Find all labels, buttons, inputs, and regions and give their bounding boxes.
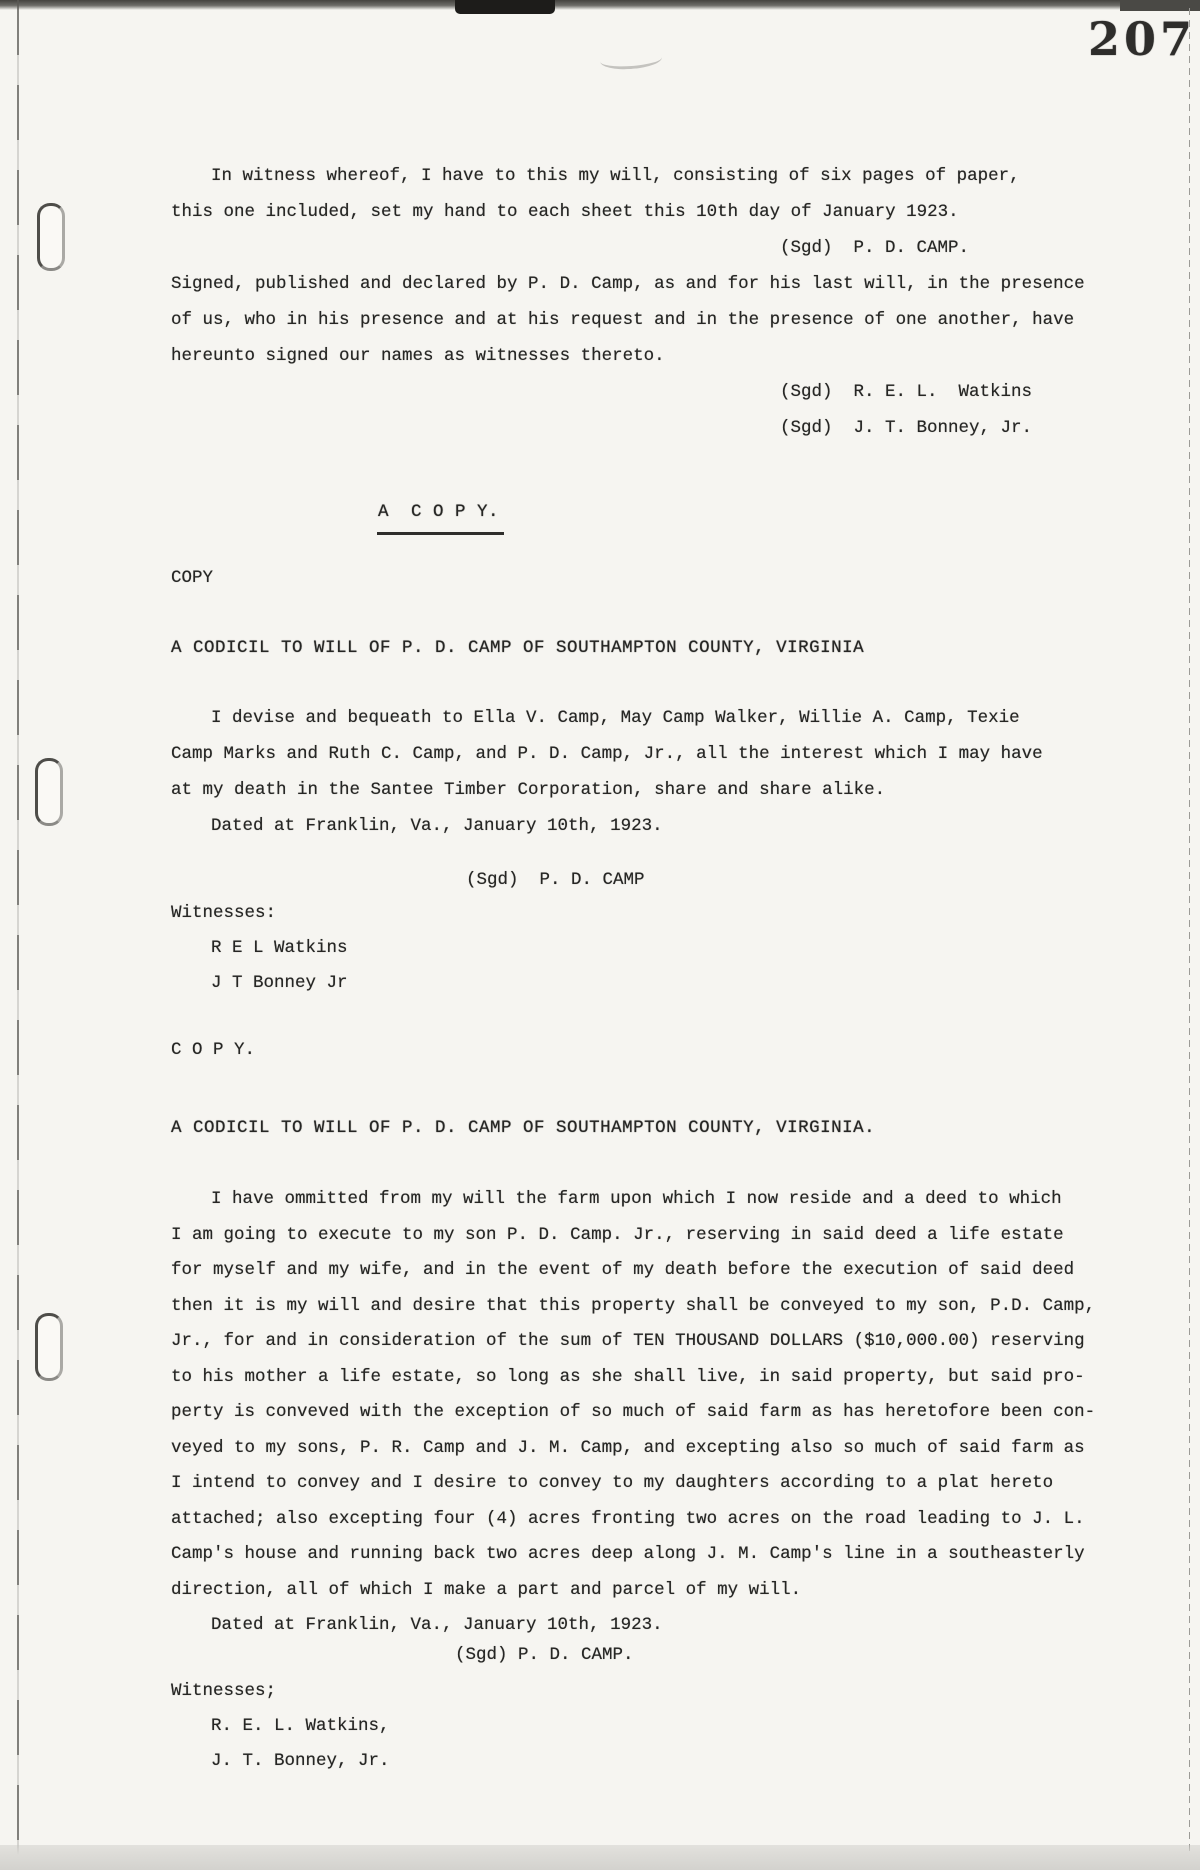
codicil1-signature: (Sgd) P. D. CAMP: [466, 862, 645, 898]
scan-smudge: [599, 48, 662, 71]
scan-top-right-ink: [1120, 0, 1200, 11]
codicil2-line: attached; also excepting four (4) acres …: [171, 1502, 1151, 1538]
a-copy-heading: A C O P Y.: [377, 494, 504, 535]
codicil2-line: direction, all of which I make a part an…: [171, 1573, 1151, 1609]
testator-signature: (Sgd) P. D. CAMP.: [171, 230, 1151, 266]
binding-hole-middle: [35, 758, 63, 826]
codicil1-line: I devise and bequeath to Ella V. Camp, M…: [171, 700, 1151, 736]
witnesses-label: Witnesses;: [171, 1674, 1151, 1709]
attestation-line: hereunto signed our names as witnesses t…: [171, 338, 1151, 374]
codicil2-line: perty is conveved with the exception of …: [171, 1395, 1151, 1431]
codicil2-dateline: Dated at Franklin, Va., January 10th, 19…: [171, 1608, 1151, 1644]
witness-name: R E L Watkins: [211, 931, 1151, 966]
attestation-line: Signed, published and declared by P. D. …: [171, 266, 1151, 302]
codicil2-heading-text: A CODICIL TO WILL OF P. D. CAMP OF SOUTH…: [171, 1110, 1151, 1146]
codicil2-heading: A CODICIL TO WILL OF P. D. CAMP OF SOUTH…: [171, 1110, 1151, 1146]
witness-signature: (Sgd) J. T. Bonney, Jr.: [171, 410, 1151, 446]
codicil2-line: for myself and my wife, and in the event…: [171, 1253, 1151, 1289]
codicil1-witnesses: Witnesses: R E L Watkins J T Bonney Jr: [171, 896, 1151, 1001]
witness-name: J. T. Bonney, Jr.: [211, 1744, 1151, 1779]
copy2-label: C O P Y.: [171, 1032, 1151, 1068]
witnesses-label: Witnesses:: [171, 896, 1151, 931]
codicil2-line: Jr., for and in consideration of the sum…: [171, 1324, 1151, 1360]
codicil2-body: I have ommitted from my will the farm up…: [171, 1182, 1151, 1644]
witness-signature: (Sgd) R. E. L. Watkins: [171, 374, 1151, 410]
will-attestation-section: In witness whereof, I have to this my wi…: [171, 158, 1151, 446]
attestation-line: In witness whereof, I have to this my wi…: [171, 158, 1151, 194]
attestation-line: this one included, set my hand to each s…: [171, 194, 1151, 230]
scan-bottom-edge: [0, 1845, 1200, 1870]
attestation-line: of us, who in his presence and at his re…: [171, 302, 1151, 338]
codicil1-dateline: Dated at Franklin, Va., January 10th, 19…: [171, 808, 1151, 844]
copy-label-text: COPY: [171, 560, 1151, 596]
scan-top-edge: [0, 0, 1200, 10]
scan-top-ink-blob: [455, 0, 555, 14]
codicil2-line: I have ommitted from my will the farm up…: [171, 1182, 1151, 1218]
codicil1-line: Camp Marks and Ruth C. Camp, and P. D. C…: [171, 736, 1151, 772]
page-number: 207: [1088, 12, 1196, 66]
witness-name: J T Bonney Jr: [211, 966, 1151, 1001]
codicil2-signature: (Sgd) P. D. CAMP.: [455, 1637, 634, 1673]
codicil1-heading: A CODICIL TO WILL OF P. D. CAMP OF SOUTH…: [171, 630, 1151, 666]
codicil1-signature-text: (Sgd) P. D. CAMP: [466, 862, 645, 898]
codicil1-heading-text: A CODICIL TO WILL OF P. D. CAMP OF SOUTH…: [171, 630, 1151, 666]
codicil2-line: to his mother a life estate, so long as …: [171, 1360, 1151, 1396]
page-right-edge-line: [1189, 8, 1190, 1870]
codicil1-line: at my death in the Santee Timber Corpora…: [171, 772, 1151, 808]
codicil2-line: then it is my will and desire that this …: [171, 1289, 1151, 1325]
copy-label: COPY: [171, 560, 1151, 596]
binding-hole-bottom: [35, 1313, 63, 1381]
codicil2-line: I am going to execute to my son P. D. Ca…: [171, 1218, 1151, 1254]
codicil2-signature-text: (Sgd) P. D. CAMP.: [455, 1637, 634, 1673]
codicil1-body: I devise and bequeath to Ella V. Camp, M…: [171, 700, 1151, 844]
witness-name: R. E. L. Watkins,: [211, 1709, 1151, 1744]
document-page: 207 In witness whereof, I have to this m…: [0, 0, 1200, 1870]
binding-hole-top: [37, 203, 65, 271]
page-left-edge-line: [17, 0, 19, 1870]
copy2-label-text: C O P Y.: [171, 1032, 1151, 1068]
codicil2-line: I intend to convey and I desire to conve…: [171, 1466, 1151, 1502]
codicil2-line: veyed to my sons, P. R. Camp and J. M. C…: [171, 1431, 1151, 1467]
codicil2-line: Camp's house and running back two acres …: [171, 1537, 1151, 1573]
codicil2-witnesses: Witnesses; R. E. L. Watkins, J. T. Bonne…: [171, 1674, 1151, 1779]
